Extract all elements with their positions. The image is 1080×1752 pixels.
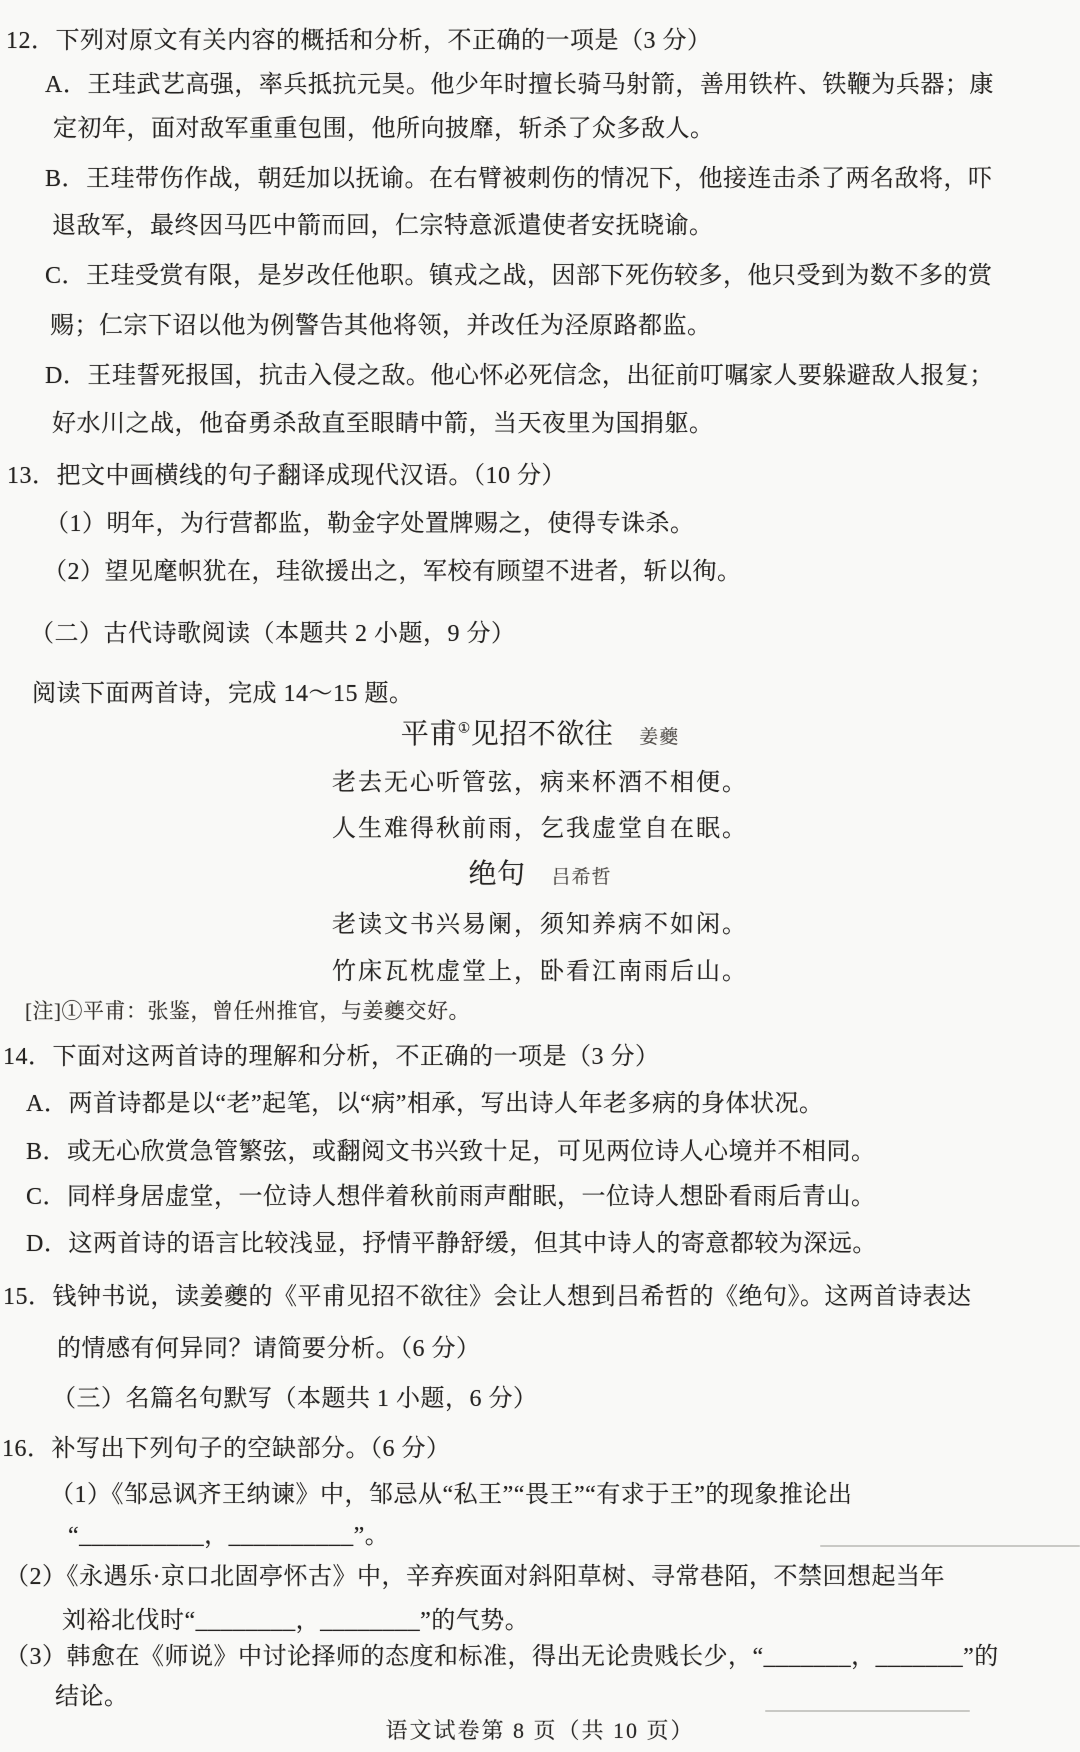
- q15-line2: 的情感有何异同？请简要分析。（6 分）: [57, 1328, 481, 1363]
- q13-item2: （2）望见麾帜犹在，珪欲援出之，军校有顾望不进者，斩以徇。: [43, 551, 742, 586]
- scan-artifact-line: [820, 1545, 1080, 1547]
- q12-option-c-line2: 赐；仁宗下诏以他为例警告其他将领，并改任为泾原路都监。: [50, 305, 712, 340]
- q15-line1: 15．钱钟书说，读姜夔的《平甫见招不欲往》会让人想到吕希哲的《绝句》。这两首诗表…: [3, 1276, 972, 1311]
- poem-footnote: [注]①平甫：张鉴，曾任州推官，与姜夔交好。: [25, 995, 470, 1025]
- q12-option-c-line1: C．王珪受赏有限，是岁改任他职。镇戎之战，因部下死伤较多，他只受到为数不多的赏: [45, 255, 993, 290]
- scan-artifact-line: [765, 1710, 970, 1712]
- poem1-title-post: 见招不欲往: [471, 719, 614, 750]
- q14-stem: 14．下面对这两首诗的理解和分析，不正确的一项是（3 分）: [3, 1036, 660, 1071]
- poem2-title-text: 绝句: [468, 859, 525, 890]
- poem1-line1: 老去无心听管弦，病来杯酒不相便。: [0, 762, 1080, 797]
- poem2-line2: 竹床瓦枕虚堂上，卧看江南雨后山。: [0, 951, 1080, 986]
- section3-heading: （三）名篇名句默写（本题共 1 小题，6 分）: [52, 1378, 538, 1413]
- q12-option-a-line1: A．王珪武艺高强，率兵抵抗元昊。他少年时擅长骑马射箭，善用铁杵、铁鞭为兵器；康: [45, 64, 994, 99]
- q13-item1: （1）明年，为行营都监，勒金字处置牌赐之，使得专诛杀。: [45, 503, 695, 538]
- q12-option-b-line1: B．王珪带伤作战，朝廷加以抚谕。在右臂被刺伤的情况下，他接连击杀了两名敌将，吓: [45, 158, 993, 193]
- q12-option-a-line2: 定初年，面对敌军重重包围，他所向披靡，斩杀了众多敌人。: [53, 108, 715, 143]
- q16-stem: 16．补写出下列句子的空缺部分。（6 分）: [2, 1428, 451, 1463]
- poem1-note-mark: ①: [458, 722, 471, 737]
- q13-stem: 13．把文中画横线的句子翻译成现代汉语。（10 分）: [7, 455, 566, 490]
- poem1-title-pre: 平甫: [401, 719, 458, 750]
- poem2-author: 吕希哲: [552, 867, 612, 888]
- page-footer: 语文试卷第 8 页（共 10 页）: [0, 1714, 1080, 1745]
- q12-stem: 12．下列对原文有关内容的概括和分析，不正确的一项是（3 分）: [6, 20, 712, 55]
- q16-item1-blanks: “__________，__________”。: [68, 1515, 389, 1550]
- q14-option-c: C．同样身居虚堂，一位诗人想伴着秋前雨声酣眠，一位诗人想卧看雨后青山。: [26, 1176, 876, 1211]
- q16-item2-line1: （2）《永遇乐·京口北固亭怀古》中，辛弃疾面对斜阳草树、寻常巷陌，不禁回想起当年: [5, 1556, 945, 1591]
- q16-item2-line2: 刘裕北伐时“________，________”的气势。: [62, 1600, 529, 1635]
- q16-item1-line1: （1）《邹忌讽齐王纳谏》中，邹忌从“私王”“畏王”“有求于王”的现象推论出: [50, 1474, 852, 1509]
- q16-item3-line2: 结论。: [55, 1676, 129, 1711]
- section2-heading: （二）古代诗歌阅读（本题共 2 小题，9 分）: [30, 613, 516, 648]
- poem2-line1: 老读文书兴易阑，须知养病不如闲。: [0, 904, 1080, 939]
- poem1-author: 姜夔: [639, 727, 679, 748]
- poem1-line2: 人生难得秋前雨，乞我虚堂自在眠。: [0, 808, 1080, 843]
- q12-option-d-line2: 好水川之战，他奋勇杀敌直至眼睛中箭，当天夜里为国捐躯。: [52, 403, 714, 438]
- poem1-title: 平甫①见招不欲往姜夔: [0, 712, 1080, 752]
- poem2-title: 绝句吕希哲: [0, 852, 1080, 892]
- q16-item3-line1: （3）韩愈在《师说》中讨论择师的态度和标准，得出无论贵贱长少，“_______，…: [5, 1636, 999, 1671]
- q12-option-d-line1: D．王珪誓死报国，抗击入侵之敌。他心怀必死信念，出征前叮嘱家人要躲避敌人报复；: [45, 355, 994, 390]
- q14-option-b: B．或无心欣赏急管繁弦，或翻阅文书兴致十足，可见两位诗人心境并不相同。: [26, 1131, 876, 1166]
- q12-option-b-line2: 退敌军，最终因马匹中箭而回，仁宗特意派遣使者安抚晓谕。: [52, 205, 714, 240]
- q14-option-d: D．这两首诗的语言比较浅显，抒情平静舒缓，但其中诗人的寄意都较为深远。: [26, 1223, 877, 1258]
- exam-page: 12．下列对原文有关内容的概括和分析，不正确的一项是（3 分） A．王珪武艺高强…: [0, 0, 1080, 1752]
- section2-intro: 阅读下面两首诗，完成 14～15 题。: [32, 673, 414, 708]
- q14-option-a: A．两首诗都是以“老”起笔，以“病”相承，写出诗人年老多病的身体状况。: [26, 1083, 823, 1118]
